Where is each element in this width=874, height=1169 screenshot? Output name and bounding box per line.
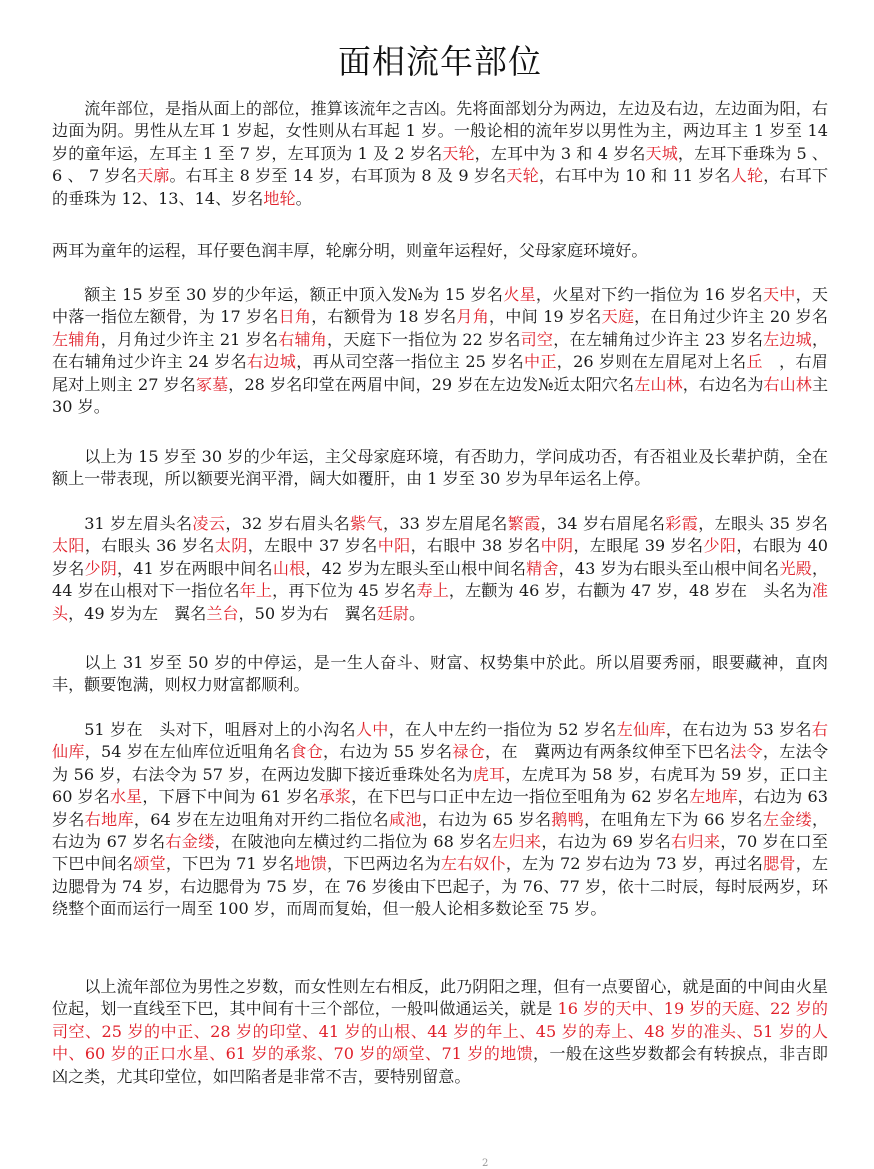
highlighted-term: 月角	[456, 307, 489, 326]
paragraph-middle-summary: 以上 31 岁至 50 岁的中停运，是一生人奋斗、财富、权势集中於此。所以眉要秀…	[52, 652, 828, 697]
paragraph-mouth-chin: 51 岁在 头对下，咀唇对上的小沟名人中，在人中左约一指位为 52 岁名左仙库，…	[52, 719, 828, 921]
text-segment: ，下巴两边名为	[327, 854, 441, 873]
highlighted-term: 少阴	[85, 559, 118, 578]
text-segment: 额主 15 岁至 30 岁的少年运，额正中顶入发№为 15 岁名	[84, 285, 503, 304]
text-segment: 。右耳主 8 岁至 14 岁，右耳顶为 8 及 9 岁名	[169, 166, 506, 185]
highlighted-term: 颂堂	[133, 854, 166, 873]
highlighted-term: 右辅角	[278, 330, 327, 349]
text-segment: ，在右边为 53 岁名	[666, 720, 812, 739]
text-segment: ，左颧为 46 岁，右颧为 47 岁，48 岁在 头名为	[449, 581, 812, 600]
highlighted-term: 腮骨	[763, 854, 796, 873]
text-segment: 两耳为童年的运程，耳仔要色润丰厚，轮廓分明，则童年运程好，父母家庭环境好。	[52, 241, 647, 260]
highlighted-term: 天庭	[602, 307, 635, 326]
text-segment: ，在下巴与口正中左边一指位至咀角为 62 岁名	[351, 787, 689, 806]
text-segment: ，右边为 69 岁名	[541, 832, 671, 851]
text-segment: ，右眼头 36 岁名	[85, 536, 215, 555]
highlighted-term: 右山林	[763, 375, 811, 394]
text-segment: ，中间 19 岁名	[489, 307, 602, 326]
highlighted-term: 太阴	[215, 536, 248, 555]
highlighted-term: 丘	[746, 352, 779, 371]
highlighted-term: 天中	[763, 285, 796, 304]
paragraph-ear-childhood: 流年部位，是指从面上的部位，推算该流年之吉凶。先将面部划分为两边，左边及右边，左…	[52, 98, 828, 210]
text-segment: ，再下位为 45 岁名	[272, 581, 416, 600]
text-segment: ，左眼尾 39 岁名	[574, 536, 704, 555]
highlighted-term: 左辅角	[52, 330, 101, 349]
highlighted-term: 左右奴仆	[441, 854, 506, 873]
text-segment: 。	[409, 604, 425, 623]
text-segment: ，50 岁为右 翼名	[239, 604, 377, 623]
highlighted-term: 天廓	[137, 166, 169, 185]
highlighted-term: 左山林	[634, 375, 682, 394]
highlighted-term: 天轮	[442, 144, 474, 163]
highlighted-term: 水星	[110, 787, 142, 806]
highlighted-term: 左边城	[763, 330, 812, 349]
text-segment: ，左眼头 35 岁名	[698, 514, 828, 533]
page-title: 面相流年部位	[52, 36, 828, 83]
paragraph-conclusion: 以上流年部位为男性之岁数，而女性则左右相反，此乃阴阳之理，但有一点要留心，就是面…	[52, 976, 828, 1088]
highlighted-term: 精舍	[526, 559, 559, 578]
text-segment: 以上为 15 岁至 30 岁的少年运，主父母家庭环境，有否助力，学问成功否，有否…	[52, 447, 828, 488]
paragraph-forehead-youth: 额主 15 岁至 30 岁的少年运，额正中顶入发№为 15 岁名火星，火星对下约…	[52, 284, 828, 418]
text-segment: ，右边名为	[683, 375, 764, 394]
text-segment: ，右额骨为 18 岁名	[311, 307, 456, 326]
highlighted-term: 右金缕	[165, 832, 214, 851]
highlighted-term: 人中	[356, 720, 389, 739]
highlighted-term: 左归来	[492, 832, 541, 851]
highlighted-term: 中阳	[378, 536, 411, 555]
text-segment: ，在日角过少许主 20 岁名	[634, 307, 828, 326]
highlighted-term: 天城	[646, 144, 678, 163]
paragraph-brow-eye-nose: 31 岁左眉头名凌云，32 岁右眉头名紫气，33 岁左眉尾名繁霞，34 岁右眉尾…	[52, 513, 828, 625]
highlighted-term: 太阳	[52, 536, 85, 555]
text-segment: ，42 岁为左眼头至山根中间名	[305, 559, 526, 578]
highlighted-term: 繁霞	[508, 514, 541, 533]
highlighted-term: 山根	[273, 559, 306, 578]
text-segment: ，在人中左约一指位为 52 岁名	[389, 720, 617, 739]
paragraph-ear-summary: 两耳为童年的运程，耳仔要色润丰厚，轮廓分明，则童年运程好，父母家庭环境好。	[52, 240, 828, 262]
text-segment: ，下唇下中间为 61 岁名	[142, 787, 318, 806]
highlighted-term: 日角	[279, 307, 312, 326]
text-segment: ，41 岁在两眼中间名	[117, 559, 273, 578]
highlighted-term: 左仙库	[617, 720, 666, 739]
highlighted-term: 少阳	[704, 536, 737, 555]
highlighted-term: 禄仓	[452, 742, 485, 761]
highlighted-term: 冢墓	[196, 375, 228, 394]
text-segment: ，64 岁在左边咀角对开约二指位名	[134, 810, 389, 829]
text-segment: ，54 岁在左仙库位近咀角名	[85, 742, 291, 761]
text-segment: 51 岁在 头对下，咀唇对上的小沟名	[84, 720, 356, 739]
text-segment: ，43 岁为右眼头至山根中间名	[559, 559, 780, 578]
text-segment: 31 岁左眉头名	[84, 514, 192, 533]
text-segment: ，在陂池向左横过约二指位为 68 岁名	[215, 832, 492, 851]
highlighted-term: 左金缕	[763, 810, 812, 829]
text-segment: 。	[296, 189, 312, 208]
highlighted-term: 廷尉	[377, 604, 409, 623]
text-segment: ，右边为 55 岁名	[323, 742, 452, 761]
highlighted-term: 光殿	[779, 559, 812, 578]
highlighted-term: 天轮	[506, 166, 538, 185]
text-segment: ，34 岁右眉尾名	[541, 514, 666, 533]
highlighted-term: 兰台	[206, 604, 238, 623]
highlighted-term: 鹅鸭	[551, 810, 584, 829]
page-number: 2	[482, 1158, 488, 1169]
text-segment: ，右边为 65 岁名	[422, 810, 552, 829]
text-segment: ，33 岁左眉尾名	[383, 514, 508, 533]
text-segment: ，月角过少许主 21 岁名	[101, 330, 278, 349]
highlighted-term: 凌云	[192, 514, 225, 533]
highlighted-term: 地轮	[263, 189, 295, 208]
text-segment: ，在 冀两边有两条纹伸至下巴名	[485, 742, 730, 761]
text-segment: ，在咀角左下为 66 岁名	[584, 810, 763, 829]
paragraph-youth-summary: 以上为 15 岁至 30 岁的少年运，主父母家庭环境，有否助力，学问成功否，有否…	[52, 446, 828, 491]
text-segment: ，右眼中 38 岁名	[411, 536, 541, 555]
text-segment: ，再从司空落一指位主 25 岁名	[296, 352, 524, 371]
highlighted-term: 中阴	[541, 536, 574, 555]
highlighted-term: 紫气	[350, 514, 383, 533]
highlighted-term: 法令	[730, 742, 763, 761]
highlighted-term: 中正	[524, 352, 557, 371]
highlighted-term: 彩霞	[665, 514, 698, 533]
text-segment: ，左为 72 岁右边为 73 岁，再过名	[506, 854, 763, 873]
highlighted-term: 右归来	[671, 832, 720, 851]
text-segment: ，左眼中 37 岁名	[248, 536, 378, 555]
text-segment: ，32 岁右眉头名	[225, 514, 350, 533]
text-segment: ，左耳中为 3 和 4 岁名	[475, 144, 646, 163]
highlighted-term: 咸池	[389, 810, 422, 829]
text-segment: ，在左辅角过少许主 23 岁名	[553, 330, 763, 349]
text-segment: ，火星对下约一指位为 16 岁名	[536, 285, 763, 304]
text-segment: ，49 岁为左 翼名	[68, 604, 206, 623]
highlighted-term: 司空	[521, 330, 554, 349]
text-segment: ，下巴为 71 岁名	[166, 854, 295, 873]
highlighted-term: 虎耳	[473, 765, 506, 784]
text-segment: ，右耳中为 10 和 11 岁名	[539, 166, 731, 185]
highlighted-term: 右边城	[247, 352, 296, 371]
highlighted-term: 食仓	[290, 742, 323, 761]
highlighted-term: 火星	[503, 285, 536, 304]
text-segment: ，天庭下一指位为 22 岁名	[327, 330, 521, 349]
highlighted-term: 承浆	[319, 787, 351, 806]
text-segment: ，26 岁则在左眉尾对上名	[557, 352, 747, 371]
highlighted-term: 右地库	[85, 810, 134, 829]
text-segment: ，28 岁名印堂在两眉中间，29 岁在左边发№近太阳穴名	[228, 375, 634, 394]
highlighted-term: 人轮	[731, 166, 763, 185]
highlighted-term: 左地库	[689, 787, 738, 806]
text-segment: 以上 31 岁至 50 岁的中停运，是一生人奋斗、财富、权势集中於此。所以眉要秀…	[52, 653, 828, 694]
highlighted-term: 年上	[240, 581, 272, 600]
highlighted-term: 地馈	[294, 854, 327, 873]
highlighted-term: 寿上	[417, 581, 449, 600]
